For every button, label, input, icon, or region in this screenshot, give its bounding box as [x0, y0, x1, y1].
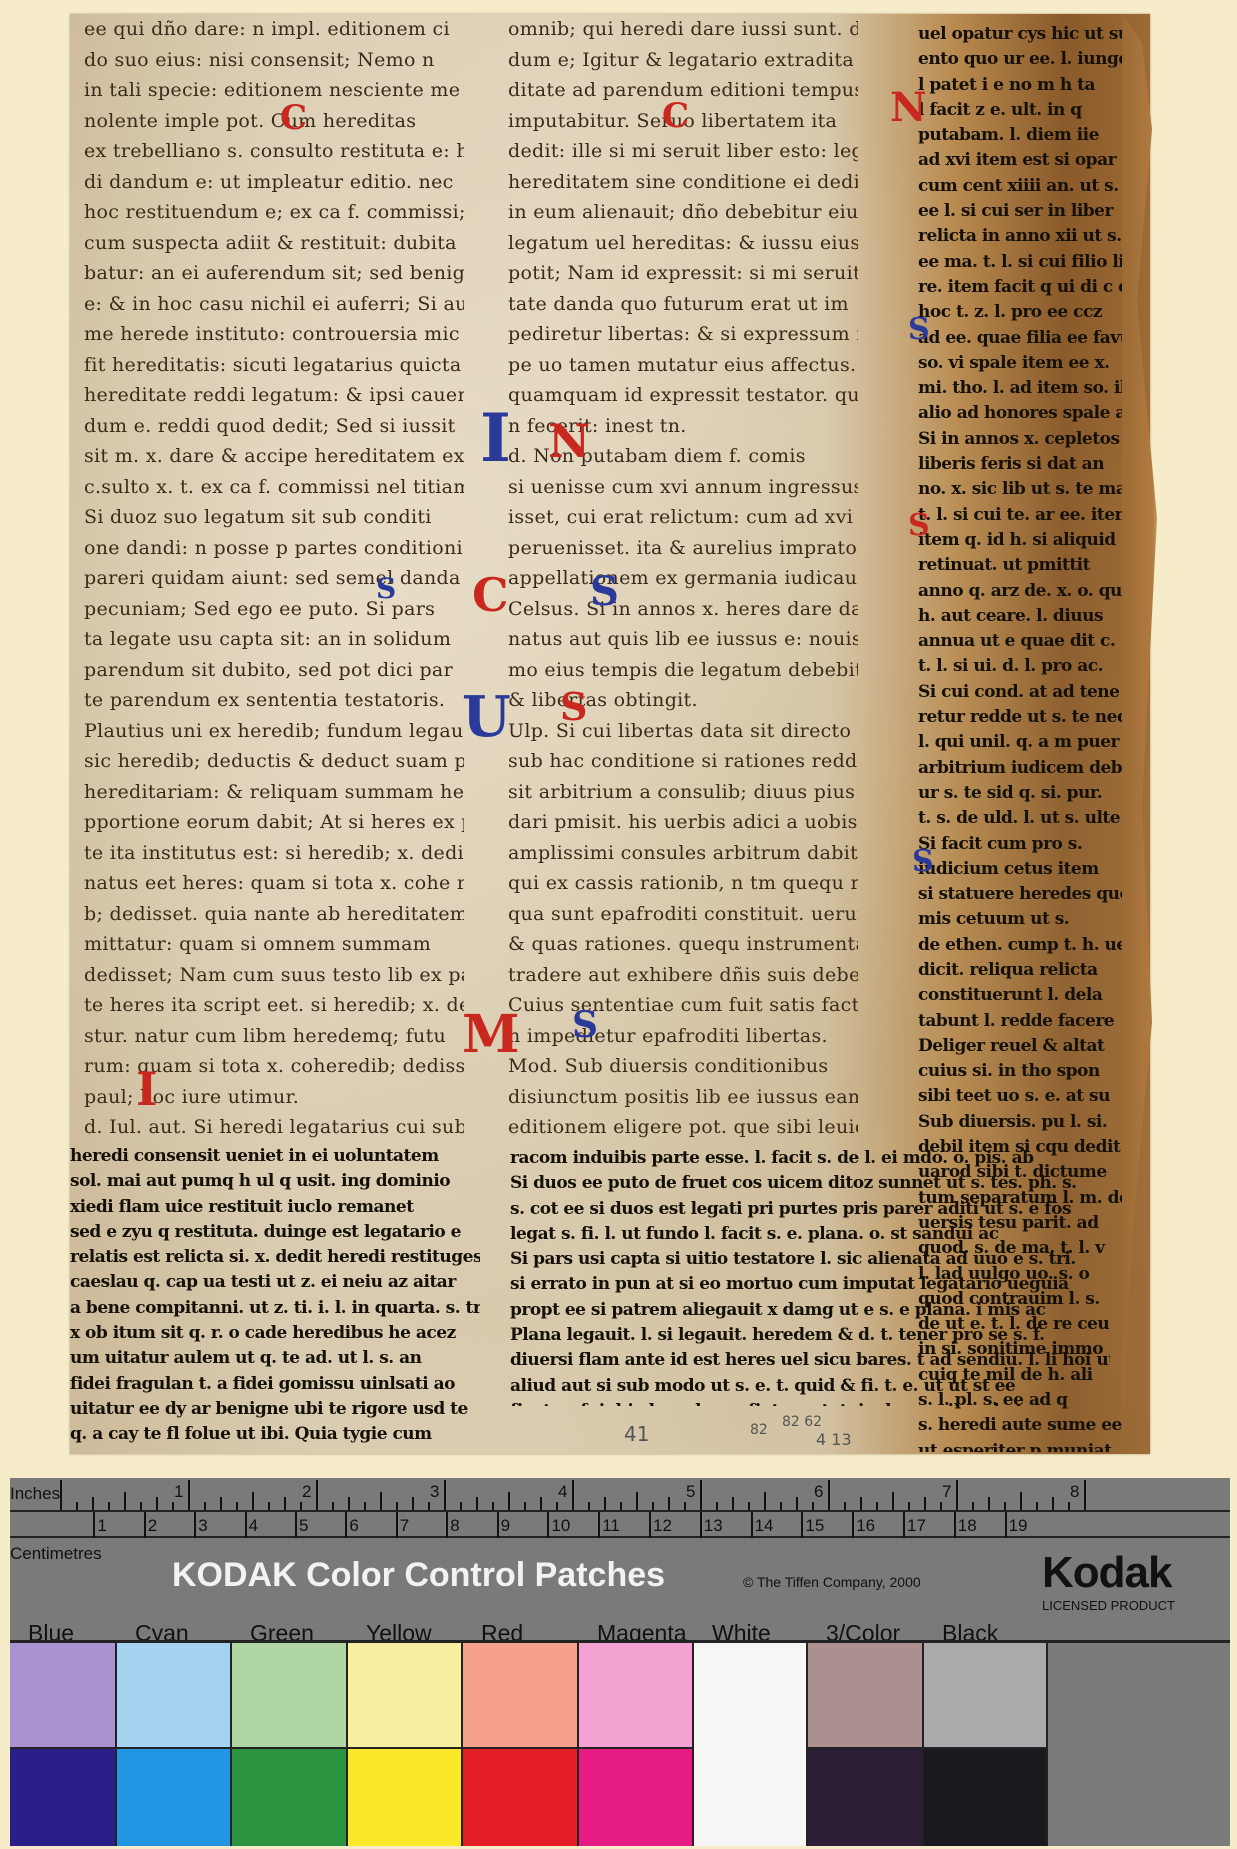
cm-tick [245, 1512, 247, 1538]
text-line: iudicium cetus item [918, 857, 1128, 882]
text-line: Si duoz suo legatum sit sub conditi [84, 502, 464, 533]
inch-tick [364, 1502, 366, 1510]
patch-dark-black [924, 1749, 1048, 1846]
text-line: pareri quidam aiunt: sed semel danda [84, 563, 464, 594]
inch-tick [476, 1497, 478, 1510]
kodak-color-target: Inches 123456781234567891011121314151617… [10, 1478, 1230, 1846]
inch-tick [124, 1492, 126, 1510]
text-line: mis cetuum ut s. [918, 907, 1128, 932]
text-line: annua ut e quae dit c. [918, 629, 1128, 654]
inch-tick [700, 1480, 702, 1510]
text-line: natus eet heres: quam si tota x. cohe re… [84, 868, 464, 899]
inch-tick [444, 1480, 446, 1510]
patch-light-cyan [117, 1643, 232, 1749]
text-line: dicit. reliqua relicta [918, 958, 1128, 983]
text-line: do suo eius: nisi consensit; Nemo n [84, 45, 464, 76]
inch-tick [108, 1502, 110, 1510]
color-patches [10, 1640, 1230, 1849]
inch-tick [284, 1497, 286, 1510]
text-line: editionem eligere pot. que sibi leuior e… [508, 1112, 858, 1143]
text-line: stur. natur cum libm heredemq; futu [84, 1021, 464, 1052]
inch-tick [92, 1497, 94, 1510]
initial-s-margin-2: S [908, 508, 930, 543]
inch-tick [380, 1492, 382, 1510]
text-column-a: ee qui dño dare: n impl. editionem cido … [84, 14, 464, 1144]
text-line: propt ee si patrem aliegauit x damg ut e… [510, 1298, 1110, 1323]
cm-number: 11 [602, 1516, 620, 1536]
inch-tick [492, 1502, 494, 1510]
text-line: sol. mai aut pumq h ul q usit. ing domin… [70, 1169, 480, 1194]
text-line: te heres ita script eet. si heredib; x. … [84, 990, 464, 1021]
text-line: batur: an ei auferendum sit; sed benign [84, 258, 464, 289]
cm-number: 3 [198, 1516, 207, 1536]
inch-tick [1004, 1502, 1006, 1510]
text-line: putabam. l. diem iie [918, 123, 1128, 148]
inch-tick [1084, 1480, 1086, 1510]
cm-number: 4 [249, 1516, 258, 1536]
text-line: Si cui cond. at ad tene [918, 680, 1128, 705]
text-line: fidei fragulan t. a fidei gomissu uinlsa… [70, 1372, 480, 1397]
inch-tick [588, 1502, 590, 1510]
inch-tick [828, 1480, 830, 1510]
initial-c-3: C [472, 568, 509, 622]
text-line: relatis est relicta si. x. dedit heredi … [70, 1245, 480, 1270]
text-line: quamquam id expressit testator. quod si [508, 380, 858, 411]
text-line: uel opatur cys hic ut sume [918, 22, 1128, 47]
text-line: parendum sit dubito, sed pot dici par [84, 655, 464, 686]
text-line: x ob itum sit q. r. o cade heredibus he … [70, 1321, 480, 1346]
text-line: ut esperiter p muniat [918, 1439, 1128, 1452]
cm-tick [446, 1512, 448, 1538]
inch-tick [188, 1480, 190, 1510]
inch-tick [732, 1497, 734, 1510]
text-line: sibi teet uo s. e. at su [918, 1084, 1128, 1109]
inch-tick [204, 1502, 206, 1510]
text-line: heredi consensit ueniet in ei uoluntatem [70, 1144, 480, 1169]
patch-light-magenta [579, 1643, 694, 1749]
inch-tick [636, 1492, 638, 1510]
text-line: appellationem ex germania iudicauit. [508, 563, 858, 594]
inch-number: 7 [942, 1482, 951, 1502]
inch-tick [668, 1497, 670, 1510]
text-line: mo eius tempis die legatum debebitur. [508, 655, 858, 686]
text-line: sit m. x. dare & accipe hereditatem ex s… [84, 441, 464, 472]
cm-tick [144, 1512, 146, 1538]
inch-number: 5 [686, 1482, 695, 1502]
patch-light-green [232, 1643, 348, 1749]
cm-number: 9 [501, 1516, 510, 1536]
cm-tick [295, 1512, 297, 1538]
text-line: s. cot ee si duos est legati pri purtes … [510, 1197, 1110, 1222]
inch-tick [1052, 1497, 1054, 1510]
cm-number: 2 [148, 1516, 157, 1536]
cm-number: 1 [97, 1516, 106, 1536]
text-line: legatum uel hereditas: & iussu eius adir… [508, 228, 858, 259]
cm-number: 15 [805, 1516, 824, 1536]
text-line: dum e; Igitur & legatario extradita her [508, 45, 858, 76]
gloss-bottom-left: heredi consensit ueniet in ei uoluntatem… [70, 1144, 480, 1444]
text-line: pportione eorum dabit; At si heres ex pa… [84, 807, 464, 838]
initial-n-margin: N [890, 84, 927, 131]
copyright-text: © The Tiffen Company, 2000 [743, 1574, 921, 1590]
inch-tick [316, 1480, 318, 1510]
inch-tick [908, 1502, 910, 1510]
inch-tick [764, 1492, 766, 1510]
text-line: Mod. Sub diuersis conditionibus [508, 1051, 858, 1082]
text-line: tradere aut exhibere dñis suis debeat; [508, 960, 858, 991]
text-line: no. x. sic lib ut s. te ma. [918, 477, 1128, 502]
cm-tick [751, 1512, 753, 1538]
text-line: legat s. fi. l. ut fundo l. facit s. e. … [510, 1222, 1110, 1247]
cm-number: 8 [450, 1516, 459, 1536]
text-line: isset, cui erat relictum: cum ad xvi ann… [508, 502, 858, 533]
text-line: cum cent xiiii an. ut s. [918, 174, 1128, 199]
inch-number: 2 [302, 1482, 311, 1502]
text-line: q. a cay te fl folue ut ibi. Quia tygie … [70, 1422, 480, 1444]
cm-tick [852, 1512, 854, 1538]
text-line: racom induibis parte esse. l. facit s. d… [510, 1146, 1110, 1171]
text-line: ficatur. fui. hic heredes q. fi. t. s. u… [510, 1399, 1110, 1406]
text-line: nolente imple pot. Cum hereditas [84, 106, 464, 137]
patch-dark-cyan [117, 1749, 232, 1846]
text-line: te parendum ex sententia testatoris. [84, 685, 464, 716]
inch-tick [860, 1497, 862, 1510]
text-line: dum e. reddi quod dedit; Sed si iussit [84, 411, 464, 442]
text-line: Celsus. Si in annos x. heres dare dap [508, 594, 858, 625]
cm-tick [903, 1512, 905, 1538]
text-line: t. s. de uld. l. ut s. ulte [918, 806, 1128, 831]
inch-tick [716, 1502, 718, 1510]
cm-tick [497, 1512, 499, 1538]
text-line: um uitatur aulem ut q. te ad. ut l. s. a… [70, 1346, 480, 1371]
cm-number: 17 [907, 1516, 926, 1536]
inch-tick [556, 1502, 558, 1510]
cm-tick [396, 1512, 398, 1538]
text-line: retur redde ut s. te neq [918, 705, 1128, 730]
text-line: qua sunt epafroditi constituit. uerum [508, 899, 858, 930]
text-line: c.sulto x. t. ex ca f. commissi nel titi… [84, 472, 464, 503]
initial-m-1: M [462, 1004, 520, 1065]
text-line: xiedi flam uice restituit iuclo remanet [70, 1195, 480, 1220]
inch-tick [844, 1502, 846, 1510]
text-line: peruenisset. ita & aurelius imprator ad [508, 533, 858, 564]
text-line: in tali specie: editionem nesciente me t [84, 75, 464, 106]
inches-label: Inches [10, 1484, 60, 1504]
text-line: me herede instituto: controuersia mic [84, 319, 464, 350]
text-line: sic heredib; deductis & deduct suam part… [84, 746, 464, 777]
text-line: dedit: ille si mi seruit liber esto: leg… [508, 136, 858, 167]
inch-tick [972, 1502, 974, 1510]
text-line: re. item facit q ui di c e [918, 275, 1128, 300]
text-line: Cuius sententiae cum fuit satis factum [508, 990, 858, 1021]
inch-tick [924, 1497, 926, 1510]
inch-tick [220, 1497, 222, 1510]
initial-s-margin: S [908, 312, 930, 347]
inch-number: 6 [814, 1482, 823, 1502]
patch-dark-3-color [808, 1749, 924, 1846]
text-line: sed e zyu q restituta. duinge est legata… [70, 1220, 480, 1245]
inch-tick [348, 1497, 350, 1510]
text-line: caeslau q. cap ua testi ut z. ei neiu az… [70, 1270, 480, 1295]
cm-tick [93, 1512, 95, 1538]
text-line: pediretur libertas: & si expressum n eet… [508, 319, 858, 350]
text-line: si uenisse cum xvi annum ingressus fu [508, 472, 858, 503]
kodak-logo: Kodak [1042, 1548, 1171, 1598]
text-column-b: omnib; qui heredi dare iussi sunt. diced… [508, 14, 858, 1144]
text-line: t. l. si ui. d. l. pro ac. [918, 654, 1128, 679]
inch-number: 3 [430, 1482, 439, 1502]
initial-s-1: S [590, 568, 619, 615]
inch-number: 8 [1070, 1482, 1079, 1502]
inch-tick [876, 1502, 878, 1510]
text-line: Si pars usi capta si uitio testatore l. … [510, 1247, 1110, 1272]
text-line: sit arbitrium a consulib; diuus pius [508, 777, 858, 808]
cm-tick [801, 1512, 803, 1538]
text-line: anno q. arz de. x. o. qui [918, 579, 1128, 604]
patch-light-red [463, 1643, 579, 1749]
inch-number: 1 [174, 1482, 183, 1502]
text-line: di dandum e: ut impleatur editio. nec [84, 167, 464, 198]
patch-dark-green [232, 1749, 348, 1846]
text-line: n impedietur epafroditi libertas. [508, 1021, 858, 1052]
text-line: ad ee. quae filia ee favu [918, 326, 1128, 351]
text-line: Si facit cum pro s. [918, 832, 1128, 857]
text-line: potit; Nam id expressit: si mi seruit in… [508, 258, 858, 289]
inch-tick [60, 1480, 62, 1510]
inch-tick [572, 1480, 574, 1510]
target-title: KODAK Color Control Patches [172, 1556, 665, 1595]
text-line: ad xvi item est si opar [918, 148, 1128, 173]
initial-i-2: I [136, 1062, 158, 1116]
text-line: relicta in anno xii ut s. [918, 224, 1128, 249]
text-line: uitatur ee dy ar benigne ubi te rigore u… [70, 1397, 480, 1422]
text-line: hoc t. z. l. pro ee ccz [918, 300, 1128, 325]
text-line: mi. tho. l. ad item so. ibi [918, 376, 1128, 401]
text-line: pecuniam; Sed ego ee puto. Si pars [84, 594, 464, 625]
shelfmark-b: 82 62 [782, 1414, 822, 1430]
cm-tick [700, 1512, 702, 1538]
inch-tick [812, 1502, 814, 1510]
inch-tick [524, 1502, 526, 1510]
shelfmark-a: 82 [750, 1422, 768, 1438]
patch-light-blue [10, 1643, 117, 1749]
text-line: pe uo tamen mutatur eius affectus. [508, 350, 858, 381]
text-line: alio ad honores spale ac [918, 401, 1128, 426]
cm-tick [547, 1512, 549, 1538]
inch-tick [988, 1497, 990, 1510]
inch-tick [76, 1502, 78, 1510]
cm-number: 10 [551, 1516, 570, 1536]
text-line: e: & in hoc casu nichil ei auferri; Si a… [84, 289, 464, 320]
text-line: tabunt l. redde facere [918, 1009, 1128, 1034]
text-line: ta legate usu capta sit: an in solidum [84, 624, 464, 655]
folio-number: 41 [624, 1422, 649, 1446]
inch-tick [140, 1502, 142, 1510]
cm-number: 7 [400, 1516, 409, 1536]
inch-tick [412, 1497, 414, 1510]
text-line: Si duos ee puto de fruet cos uicem ditoz… [510, 1171, 1110, 1196]
inch-tick [796, 1497, 798, 1510]
cm-tick [649, 1512, 651, 1538]
centimetres-label: Centimetres [10, 1544, 102, 1564]
text-line: ur s. te sid q. si. pur. [918, 781, 1128, 806]
text-line: l patet i e no m h ta [918, 73, 1128, 98]
patch-dark-yellow [348, 1749, 463, 1846]
text-line: dari pmisit. his uerbis adici a uobis [508, 807, 858, 838]
inch-tick [892, 1492, 894, 1510]
text-line: cuius si. in tho spon [918, 1059, 1128, 1084]
inch-tick [684, 1502, 686, 1510]
text-line: ex trebelliano s. consulto restituta e: … [84, 136, 464, 167]
initial-s-3: S [572, 1004, 598, 1046]
text-line: tate danda quo futurum erat ut im [508, 289, 858, 320]
text-line: aliud aut si sub modo ut s. e. t. quid &… [510, 1374, 1110, 1399]
text-line: & quas rationes. quequ instrumenta [508, 929, 858, 960]
inch-tick [268, 1502, 270, 1510]
text-line: a bene compitanni. ut z. ti. i. l. in qu… [70, 1296, 480, 1321]
inch-tick [1020, 1492, 1022, 1510]
inch-tick [428, 1502, 430, 1510]
manuscript-leaf: ee qui dño dare: n impl. editionem cido … [70, 14, 1150, 1454]
text-line: in eum alienauit; dño debebitur eius [508, 197, 858, 228]
text-line: disiunctum positis lib ee iussus eam [508, 1082, 858, 1113]
cm-number: 12 [653, 1516, 672, 1536]
licensed-product-text: LICENSED PRODUCT [1042, 1598, 1175, 1613]
patch-dark-white [694, 1643, 808, 1846]
inch-tick [1068, 1502, 1070, 1510]
text-line: l facit z e. ult. in q [918, 98, 1128, 123]
inch-tick [956, 1480, 958, 1510]
text-line: qui ex cassis rationib, n tm quequ reli [508, 868, 858, 899]
text-line: ee ma. t. l. si cui filio li [918, 250, 1128, 275]
inch-tick [604, 1497, 606, 1510]
text-line: Si in annos x. cepletos [918, 427, 1128, 452]
text-line: Deliger reuel & altat [918, 1034, 1128, 1059]
text-line: si errato in pun at si eo mortuo cum imp… [510, 1272, 1110, 1297]
initial-s-margin-3: S [912, 844, 934, 879]
initial-c-1: C [280, 98, 307, 138]
text-line: sub hac conditione si rationes reddi [508, 746, 858, 777]
text-line: s. heredi aute sume ee [918, 1413, 1128, 1438]
text-line: liberis feris si dat an [918, 452, 1128, 477]
gloss-bottom-right: racom induibis parte esse. l. facit s. d… [510, 1146, 1110, 1406]
text-line: Plana legauit. l. si legauit. heredem & … [510, 1323, 1110, 1348]
text-line: h. aut ceare. l. diuus [918, 604, 1128, 629]
cm-number: 16 [856, 1516, 875, 1536]
initial-u-1: U [462, 684, 511, 750]
text-line: constituerunt l. dela [918, 983, 1128, 1008]
inch-tick [396, 1502, 398, 1510]
inch-tick [332, 1502, 334, 1510]
inch-tick [156, 1497, 158, 1510]
text-line: retinuat. ut pmittit [918, 553, 1128, 578]
text-line: one dandi: n posse p partes conditioni [84, 533, 464, 564]
text-line: si statuere heredes quo [918, 882, 1128, 907]
text-line: ee l. si cui ser in liber [918, 199, 1128, 224]
cm-tick [598, 1512, 600, 1538]
cm-number: 14 [755, 1516, 774, 1536]
patch-dark-blue [10, 1749, 117, 1846]
text-line: hoc restituendum e; ex ca f. commissi; S… [84, 197, 464, 228]
inch-tick [1036, 1502, 1038, 1510]
text-line: mittatur: quam si omnem summam [84, 929, 464, 960]
cm-number: 18 [958, 1516, 977, 1536]
text-line: ento quo ur ee. l. iunge [918, 47, 1128, 72]
ruler: Inches 123456781234567891011121314151617… [10, 1478, 1230, 1538]
inch-tick [940, 1502, 942, 1510]
text-line: l. qui unil. q. a m puer [918, 730, 1128, 755]
shelfmark-c: 4 13 [816, 1430, 852, 1449]
text-line: t. l. si cui te. ar ee. item [918, 503, 1128, 528]
patch-light-yellow [348, 1643, 463, 1749]
inch-tick [540, 1497, 542, 1510]
inch-tick [508, 1492, 510, 1510]
text-line: omnib; qui heredi dare iussi sunt. dice [508, 14, 858, 45]
inch-tick [172, 1502, 174, 1510]
text-line: Sub diuersis. pu l. si. [918, 1110, 1128, 1135]
text-line: b; dedisset. quia nante ab hereditatem a… [84, 899, 464, 930]
text-line: cum suspecta adiit & restituit: dubita [84, 228, 464, 259]
inch-tick [748, 1502, 750, 1510]
initial-n-1: N [548, 414, 590, 468]
patch-dark-red [463, 1749, 579, 1846]
patch-light-black [924, 1643, 1048, 1749]
text-line: natus aut quis lib ee iussus e: nouissi [508, 624, 858, 655]
text-line: fit hereditatis: sicuti legatarius quict… [84, 350, 464, 381]
cm-number: 6 [349, 1516, 358, 1536]
cm-number: 19 [1009, 1516, 1028, 1536]
text-line: Plautius uni ex heredib; fundum legau [84, 716, 464, 747]
initial-s-2: S [560, 684, 587, 729]
text-line: hereditate reddi legatum: & ipsi cauen [84, 380, 464, 411]
inch-tick [620, 1502, 622, 1510]
text-line: arbitrium iudicem debet [918, 756, 1128, 781]
text-line: de ethen. cump t. h. uen [918, 933, 1128, 958]
text-line: hereditatem sine conditione ei dedit: de [508, 167, 858, 198]
text-line: te ita institutus est: si heredib; x. de… [84, 838, 464, 869]
text-line: ee qui dño dare: n impl. editionem ci [84, 14, 464, 45]
text-line: item q. id h. si aliquid [918, 528, 1128, 553]
initial-s-col-a: S [376, 572, 396, 605]
text-line: dedisset; Nam cum suus testo lib ex par [84, 960, 464, 991]
inch-tick [252, 1492, 254, 1510]
cm-tick [345, 1512, 347, 1538]
patch-light-3-color [808, 1643, 924, 1749]
cm-number: 13 [704, 1516, 723, 1536]
initial-c-2: C [662, 96, 689, 136]
text-line: amplissimi consules arbitrum dabit. [508, 838, 858, 869]
text-line: diuersi flam ante id est heres uel sicu … [510, 1348, 1110, 1373]
inch-tick [460, 1502, 462, 1510]
inch-number: 4 [558, 1482, 567, 1502]
text-line: so. vi spale item ee x. [918, 351, 1128, 376]
patch-dark-magenta [579, 1749, 694, 1846]
inch-tick [300, 1502, 302, 1510]
inch-tick [652, 1502, 654, 1510]
cm-number: 5 [299, 1516, 308, 1536]
initial-i-1: I [480, 399, 511, 477]
cm-tick [1005, 1512, 1007, 1538]
inch-tick [780, 1502, 782, 1510]
text-line: hereditariam: & reliquam summam heredib [84, 777, 464, 808]
text-line: d. Iul. aut. Si heredi legatarius cui su… [84, 1112, 464, 1143]
cm-tick [954, 1512, 956, 1538]
inch-tick [236, 1502, 238, 1510]
cm-tick [194, 1512, 196, 1538]
